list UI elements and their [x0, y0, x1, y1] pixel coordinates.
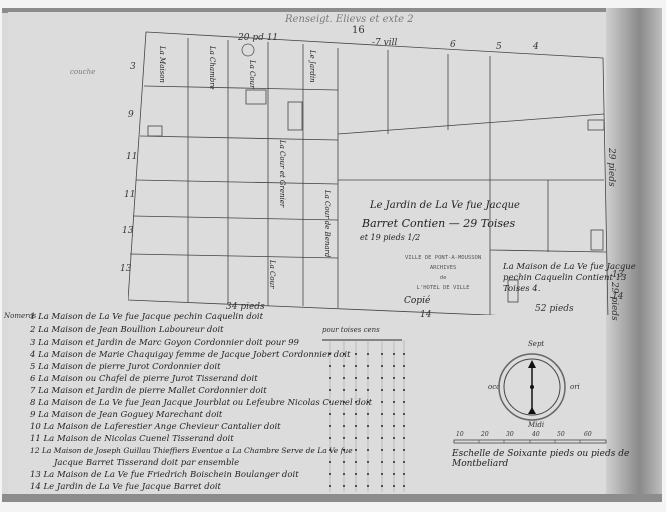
stamp-line: ARCHIVES [405, 263, 481, 273]
entry-number: 12 [30, 446, 40, 455]
parcel-label: La Cour et Grenier [278, 140, 286, 200]
right-number: 13 [612, 270, 623, 280]
scale-tick: 60 [584, 431, 592, 438]
legend-entry: 11 La Maison de Nicolas Cuenel Tisserand… [30, 434, 234, 444]
entry-number: 14 [30, 482, 41, 492]
bottom-measure: 34 pieds [226, 302, 265, 312]
entry-number: 3 [30, 338, 35, 348]
parcel-label: La Cour [248, 60, 256, 120]
tally-dot-columns [322, 332, 412, 492]
central-parcel-line1: Le Jardin de La Ve fue Jacque [370, 200, 520, 211]
legend-entry: 3 La Maison et Jardin de Marc Goyon Cord… [30, 338, 299, 348]
entry-text: La Maison et Jardin de Marc Goyon Cordon… [38, 338, 299, 348]
right-parcel-line3: Toises 4. [503, 284, 540, 294]
entry-text: La Maison ou Chafel de pierre Jurot Tiss… [38, 374, 257, 384]
legend-entry: 14 Le Jardin de La Ve fue Jacque Barret … [30, 482, 221, 492]
compass-east-label: ori [570, 383, 580, 391]
right-measure: 29 pieds [606, 148, 616, 187]
entry-text: La Maison de Laferestier Ange Chevieur C… [44, 422, 281, 432]
legend-entry: 2 La Maison de Jean Boullion Laboureur d… [30, 325, 224, 335]
copie-label: Copié [404, 296, 430, 306]
scale-tick: 30 [506, 431, 514, 438]
legend-entry-continued: Jacque Barret Tisserand doit par ensembl… [54, 458, 239, 468]
entry-number: 11 [30, 434, 41, 444]
archive-stamp: VILLE DE PONT-A-MOUSSON ARCHIVES de L'HO… [405, 253, 481, 293]
stamp-line: VILLE DE PONT-A-MOUSSON [405, 253, 481, 263]
entry-number: 4 [30, 350, 35, 360]
entry-text: La Maison de Jean Goguey Marechant doit [38, 410, 222, 420]
legend-entry: 9 La Maison de Jean Goguey Marechant doi… [30, 410, 222, 420]
header-pencil-note: Renseigt. Elievs et exte 2 [285, 14, 414, 25]
central-parcel-line2: Barret Contien — 29 Toises [362, 217, 515, 230]
entry-number: 10 [30, 422, 41, 432]
bottom-measure: 52 pieds [535, 304, 574, 314]
scale-tick: 40 [532, 431, 540, 438]
compass-south-label: Midi [528, 421, 544, 429]
entry-text: La Maison de La Ve fue Jacque pechin Caq… [38, 312, 263, 322]
entry-text: Jacque Barret Tisserand doit par ensembl… [54, 458, 239, 468]
compass-north-label: Sept [528, 340, 544, 348]
entry-number: 5 [30, 362, 35, 372]
entry-text: La Maison de Joseph Guillau Thieffiers E… [42, 446, 353, 455]
legend-entry: 10 La Maison de Laferestier Ange Chevieu… [30, 422, 281, 432]
legend-entry: 1 La Maison de La Ve fue Jacque pechin C… [30, 312, 263, 322]
stamp-line: L'HOTEL DE VILLE [405, 283, 481, 293]
entry-text: La Maison de La Ve fue Friedrich Boische… [44, 470, 299, 480]
parcel-label: La Cour de Benard [323, 190, 331, 250]
legend-entry: 12 La Maison de Joseph Guillau Thieffier… [30, 446, 353, 455]
legend-entry: 7 La Maison et Jardin de pierre Mallet C… [30, 386, 267, 396]
parcel-label: La Chambre [208, 46, 216, 126]
entry-number: 1 [30, 312, 35, 322]
entry-number: 7 [30, 386, 35, 396]
compass-rose-icon [497, 352, 567, 422]
entry-number: 2 [30, 325, 35, 335]
scale-caption: Eschelle de Soixante pieds ou pieds de M… [452, 449, 666, 469]
scale-tick: 10 [456, 431, 464, 438]
central-parcel-line3: et 19 pieds 1/2 [360, 233, 420, 242]
entry-text: La Maison de Marie Chaquigay femme de Ja… [38, 350, 350, 360]
bottom-measure: 14 [420, 310, 431, 320]
legend-entry: 13 La Maison de La Ve fue Friedrich Bois… [30, 470, 299, 480]
parcel-label: Le Jardin [308, 50, 316, 130]
scale-tick: 20 [481, 431, 489, 438]
scale-tick: 50 [557, 431, 565, 438]
entry-number: 8 [30, 398, 35, 408]
entry-text: La Maison de Jean Boullion Laboureur doi… [38, 325, 223, 335]
entry-number: 13 [30, 470, 41, 480]
right-number: 14 [612, 292, 623, 302]
entry-number: 9 [30, 410, 35, 420]
legend-entry: 4 La Maison de Marie Chaquigay femme de … [30, 350, 351, 360]
bottom-border [2, 494, 662, 502]
right-parcel-line2: pechin Caquelin Contient 13 [503, 273, 626, 283]
entry-text: Le Jardin de La Ve fue Jacque Barret doi… [44, 482, 221, 492]
legend-entry: 6 La Maison ou Chafel de pierre Jurot Ti… [30, 374, 258, 384]
entry-text: La Maison de Nicolas Cuenel Tisserand do… [44, 434, 234, 444]
margin-note: couche [70, 68, 95, 76]
stamp-line: de [405, 273, 481, 283]
parcel-label: La Cour [268, 260, 276, 300]
entry-number: 6 [30, 374, 35, 384]
entry-text: La Maison et Jardin de pierre Mallet Cor… [38, 386, 267, 396]
entry-text: La Maison de pierre Jurot Cordonnier doi… [38, 362, 220, 372]
legend-entry: 8 La Maison de La Ve fue Jean Jacque Jou… [30, 398, 372, 408]
parcel-label: La Maison [158, 46, 166, 126]
legend-entry: 5 La Maison de pierre Jurot Cordonnier d… [30, 362, 221, 372]
